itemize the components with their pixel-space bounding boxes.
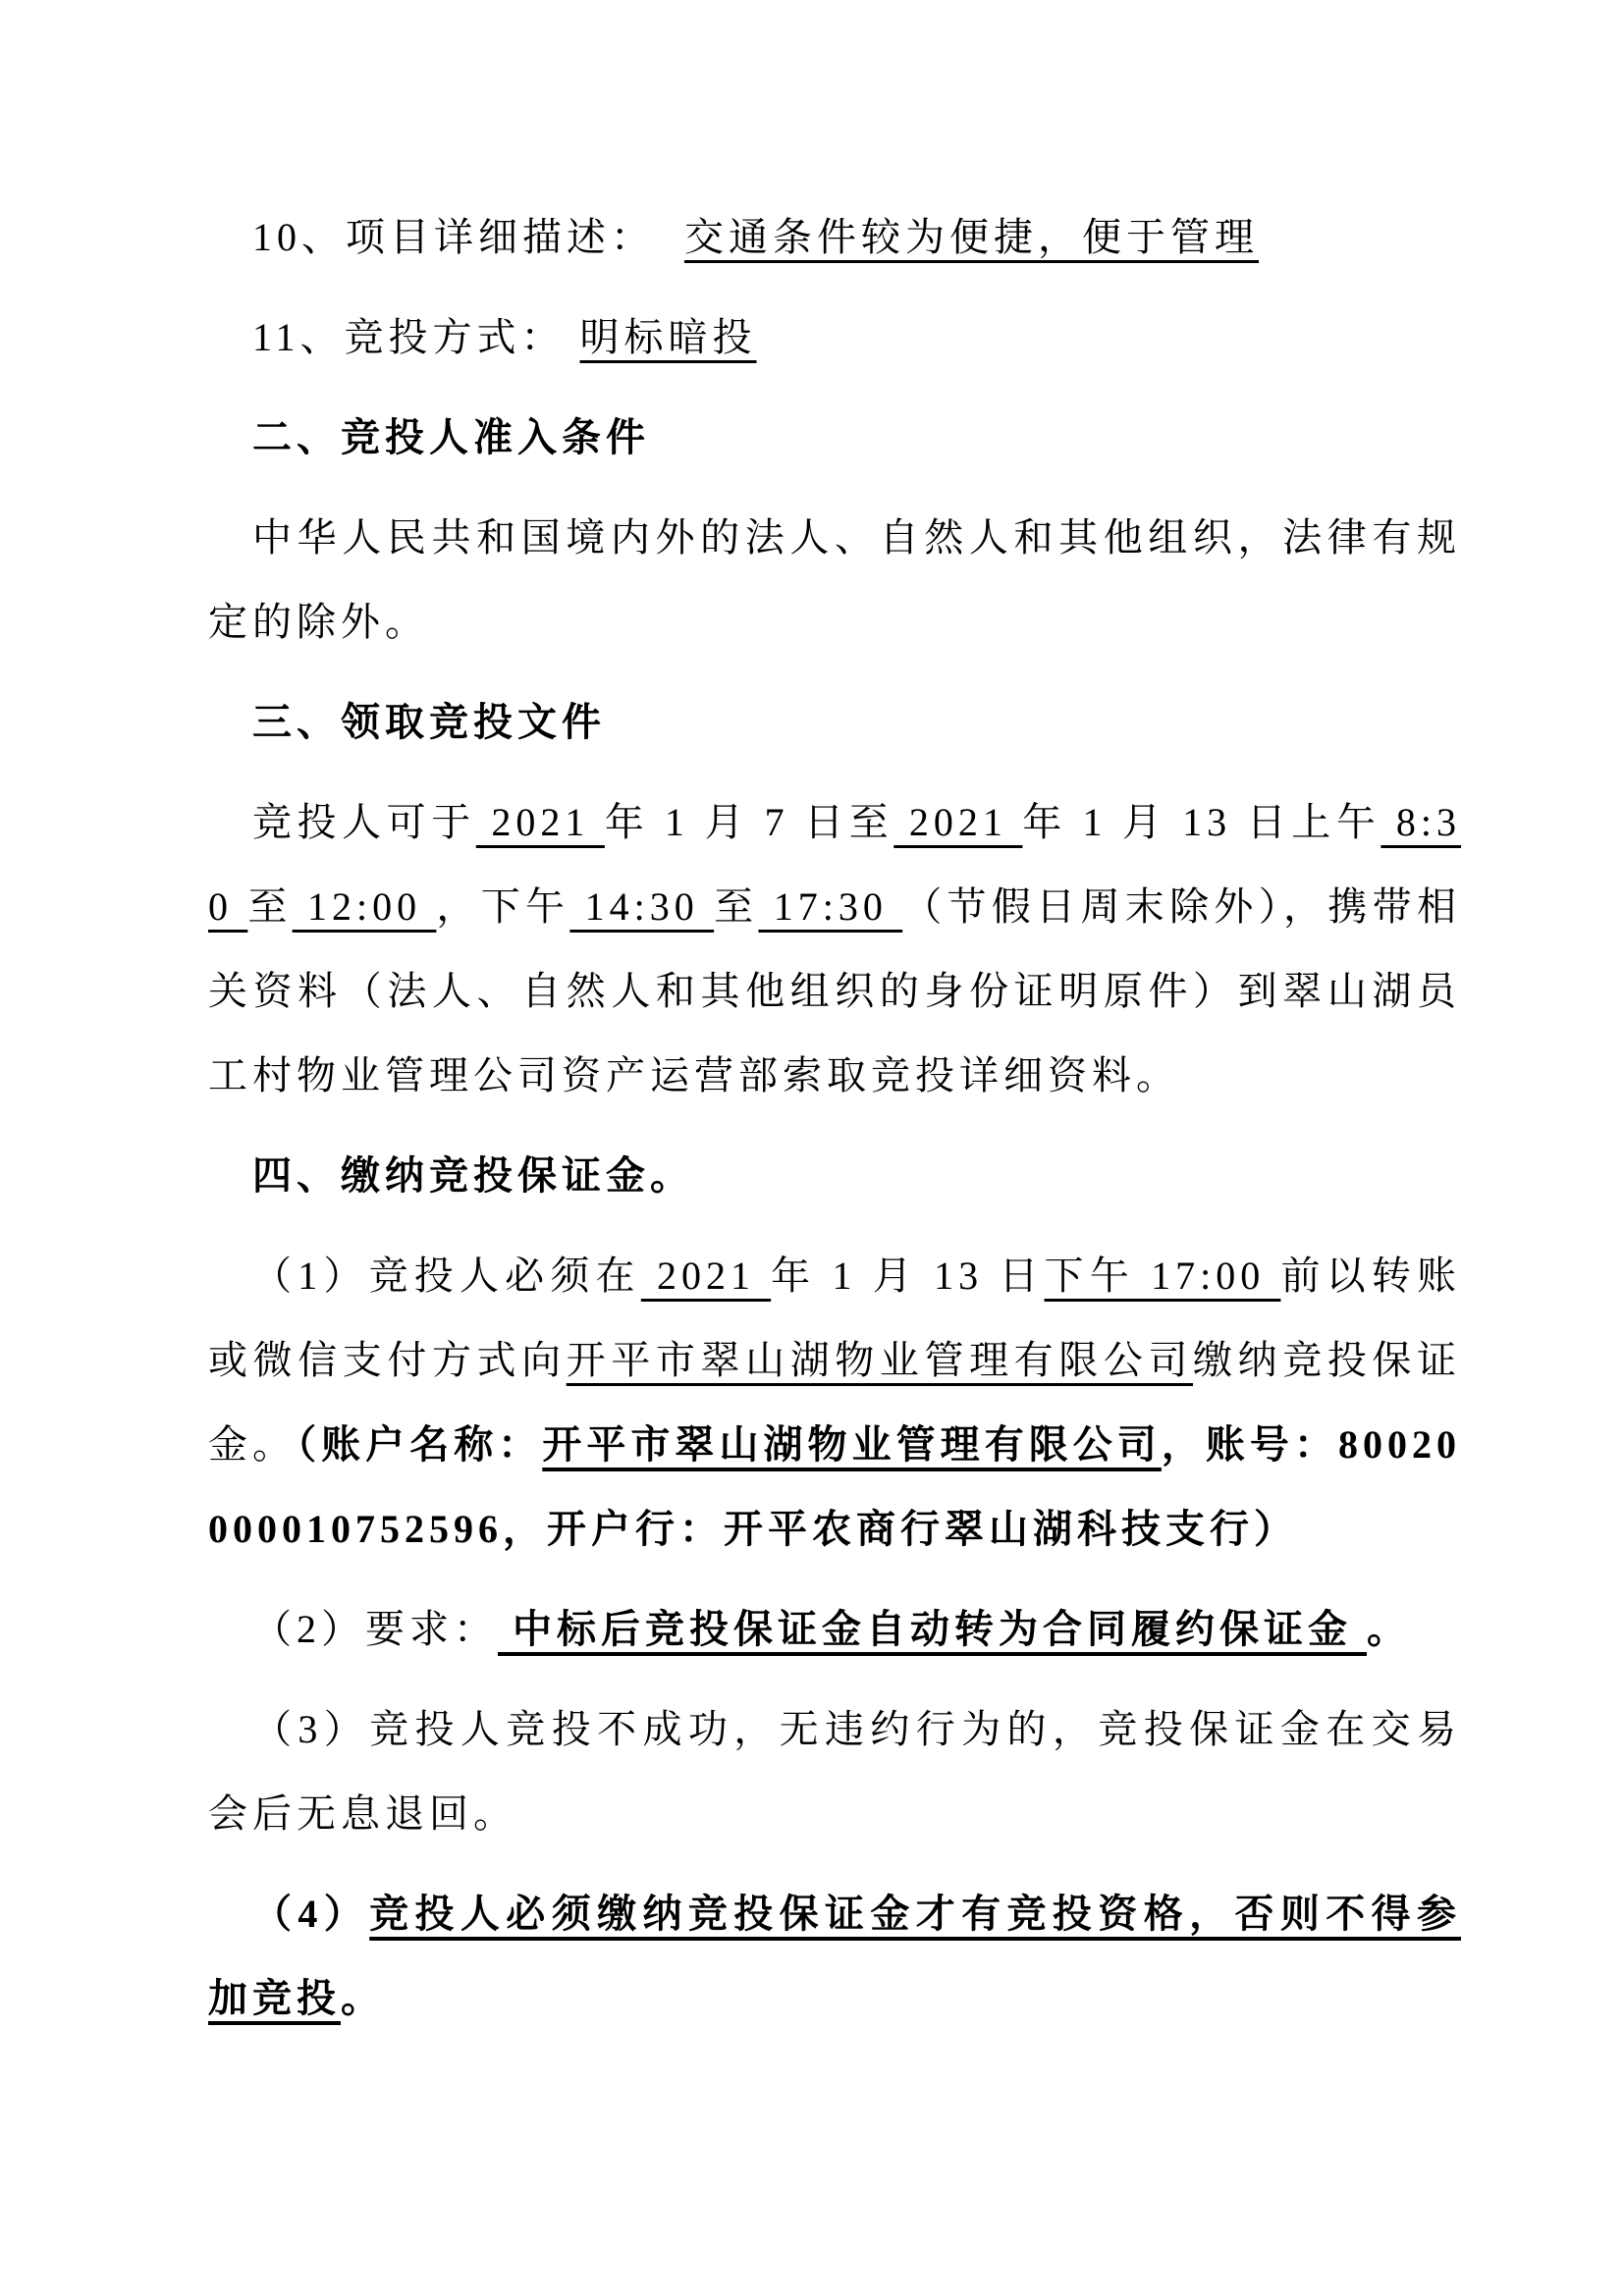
heading-text: 四、缴纳竞投保证金。 <box>252 1153 694 1198</box>
text-run: 。 <box>1367 1607 1411 1651</box>
text-run: 竞投人可于 <box>252 800 476 844</box>
text-run: 年 1 月 7 日至 <box>605 800 893 844</box>
text-run: （1）竞投人必须在 <box>252 1254 641 1298</box>
section-heading-4: 四、缴纳竞投保证金。 <box>208 1134 1461 1218</box>
text-run: 年 1 月 13 日 <box>771 1254 1044 1298</box>
text-run: （3）竞投人竞投不成功，无违约行为的，竞投保证金在交易会后无息退回。 <box>208 1707 1461 1836</box>
paragraph-item-11: 11、竞投方式： 明标暗投 <box>208 295 1461 380</box>
paragraph-document-collection: 竞投人可于 2021 年 1 月 7 日至 2021 年 1 月 13 日上午 … <box>208 780 1461 1118</box>
underlined-company-name: 开平市翠山湖物业管理有限公司 <box>567 1338 1193 1382</box>
paragraph-bidder-eligibility: 中华人民共和国境内外的法人、自然人和其他组织，法律有规定的除外。 <box>208 496 1461 665</box>
text-run: ，下午 <box>436 884 569 929</box>
paragraph-deposit-clause-2: （2）要求： 中标后竞投保证金自动转为合同履约保证金 。 <box>208 1587 1461 1672</box>
heading-text: 二、竞投人准入条件 <box>252 415 650 459</box>
text-run: 中华人民共和国境内外的法人、自然人和其他组织，法律有规定的除外。 <box>208 515 1461 644</box>
underlined-text: 交通条件较为便捷，便于管理 <box>684 215 1259 259</box>
text-run: 年 1 月 13 日上午 <box>1022 800 1380 844</box>
underlined-text: 17:30 <box>758 884 902 929</box>
section-heading-2: 二、竞投人准入条件 <box>208 396 1461 480</box>
text-run: 至 <box>714 884 758 929</box>
paragraph-deposit-clause-1: （1）竞投人必须在 2021 年 1 月 13 日下午 17:00 前以转账或微… <box>208 1234 1461 1572</box>
text-run: 11、竞投方式： <box>252 315 580 359</box>
underlined-text: 2021 <box>641 1254 771 1298</box>
underlined-text: 明标暗投 <box>580 315 757 359</box>
document-page: 10、项目详细描述： 交通条件较为便捷，便于管理 11、竞投方式： 明标暗投 二… <box>0 0 1624 2296</box>
account-holder-name: 开平市翠山湖物业管理有限公司 <box>542 1422 1162 1467</box>
section-heading-3: 三、领取竞投文件 <box>208 680 1461 765</box>
paragraph-deposit-clause-4: （4）竞投人必须缴纳竞投保证金才有竞投资格，否则不得参加竞投。 <box>208 1872 1461 2041</box>
paragraph-deposit-clause-3: （3）竞投人竞投不成功，无违约行为的，竞投保证金在交易会后无息退回。 <box>208 1687 1461 1856</box>
requirement-text: 中标后竞投保证金自动转为合同履约保证金 <box>498 1607 1367 1651</box>
text-run: （4） <box>252 1892 369 1936</box>
underlined-text: 下午 17:00 <box>1045 1254 1281 1298</box>
text-run: 至 <box>247 884 292 929</box>
account-info-text: （账户名称： <box>297 1422 542 1467</box>
heading-text: 三、领取竞投文件 <box>252 700 606 744</box>
document-content: 10、项目详细描述： 交通条件较为便捷，便于管理 11、竞投方式： 明标暗投 二… <box>208 195 1461 2056</box>
underlined-text: 2021 <box>893 800 1022 844</box>
paragraph-item-10: 10、项目详细描述： 交通条件较为便捷，便于管理 <box>208 195 1461 280</box>
mandatory-deposit-text: 竞投人必须缴纳竞投保证金才有竞投资格，否则不得参加竞投 <box>208 1892 1461 2020</box>
text-run: 。 <box>341 1976 385 2020</box>
text-run: （2）要求： <box>252 1607 498 1651</box>
text-run: 10、项目详细描述： <box>252 215 684 259</box>
underlined-text: 12:00 <box>293 884 437 929</box>
underlined-text: 14:30 <box>569 884 714 929</box>
underlined-text: 2021 <box>476 800 605 844</box>
